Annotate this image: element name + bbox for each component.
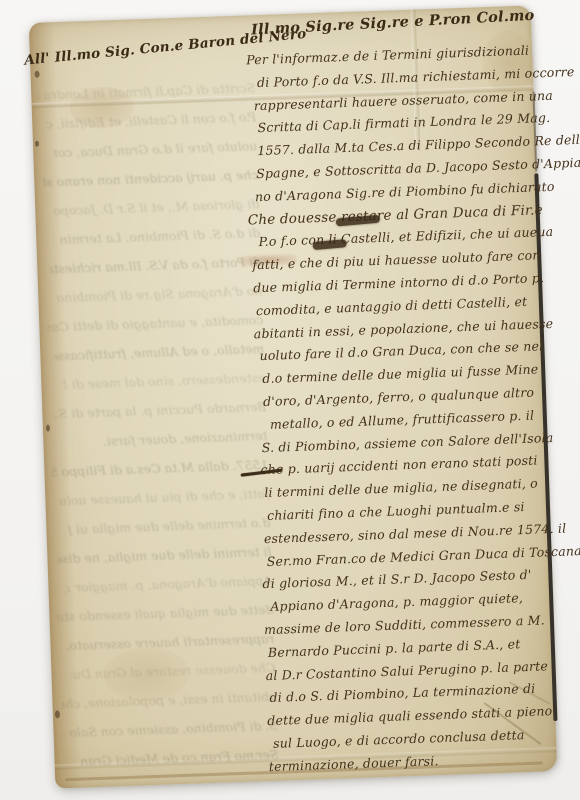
manuscript-page: Scritta di Cap.li firmati in Londra le 2… [29, 5, 557, 788]
verso-bleedthrough: Scritta di Cap.li firmati in Londra le 2… [37, 73, 279, 780]
manuscript-body: Per l'informaz.e de i Termini giurisdizi… [242, 39, 561, 778]
photo-background: Scritta di Cap.li firmati in Londra le 2… [0, 0, 580, 800]
address-line: All' Ill.mo Sig. Con.e Baron del Nero [24, 29, 274, 68]
bleedthrough-line: Ser.mo Fran.co de Medici Gran Duca di To… [77, 740, 279, 776]
binding-speck [34, 71, 39, 78]
